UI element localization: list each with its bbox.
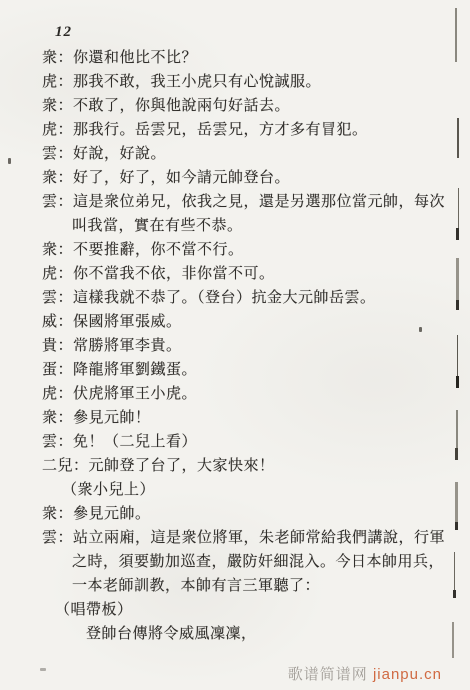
dialogue-continuation: 之時，須要勤加巡查，嚴防奸細混入。今日本帥用兵， [0, 550, 452, 574]
dialogue-text: 元帥登了台了，大家快來！ [89, 454, 275, 478]
dialogue-line: 蛋：降龍將軍劉鐵蛋。 [0, 358, 452, 382]
dialogue-text: 站立兩廂，這是衆位將軍，朱老師常給我們講說，行軍 [73, 526, 445, 550]
speaker-label: 虎： [42, 382, 73, 406]
page-number: 12 [55, 24, 72, 41]
dialogue-line: 衆：參見元帥！ [0, 406, 452, 430]
scan-artifact [458, 188, 459, 230]
dialogue-continuation: 一本老師訓教，本帥有言三軍聽了： [0, 574, 452, 598]
scan-artifact [452, 622, 454, 658]
stage-direction-text: （衆小兒上） [62, 478, 155, 502]
dialogue-text: 你還和他比不比？ [73, 46, 197, 70]
scan-speck [419, 327, 422, 332]
dialogue-text: 這是衆位弟兄，依我之見，還是另選那位當元帥，每次 [73, 190, 445, 214]
dialogue-line: 貴：常勝將軍李貴。 [0, 334, 452, 358]
dialogue-text: 不敢了，你與他說兩句好話去。 [73, 94, 290, 118]
scan-artifact [456, 300, 459, 310]
scan-artifact [455, 482, 458, 524]
dialogue-line: 虎：那我行。岳雲兄，岳雲兄，方才多有冒犯。 [0, 118, 452, 142]
speaker-label: 衆： [42, 238, 73, 262]
dialogue-line: 威：保國將軍張威。 [0, 310, 452, 334]
dialogue-line: 雲：好說，好說。 [0, 142, 452, 166]
dialogue-text: 免！（二兒上看） [73, 430, 197, 454]
scan-artifact [456, 376, 459, 388]
scan-artifact [456, 258, 459, 302]
dialogue-text: 叫我當，實在有些不恭。 [72, 214, 243, 238]
dialogue-line: 虎：伏虎將軍王小虎。 [0, 382, 452, 406]
watermark-site-url: jianpu.cn [373, 666, 442, 683]
speaker-label: 虎： [42, 70, 73, 94]
dialogue-text: 那我行。岳雲兄，岳雲兄，方才多有冒犯。 [73, 118, 368, 142]
scan-artifact [457, 335, 458, 377]
scan-speck [8, 158, 11, 164]
dialogue-line: 衆：不敢了，你與他說兩句好話去。 [0, 94, 452, 118]
scanned-script-page: 12 衆：你還和他比不比？ 虎：那我不敢，我王小虎只有心悅誠服。 衆：不敢了，你… [0, 0, 470, 690]
speaker-label: 虎： [42, 118, 73, 142]
dialogue-line: 虎：你不當我不依，非你當不可。 [0, 262, 452, 286]
dialogue-line: 雲：站立兩廂，這是衆位將軍，朱老師常給我們講說，行軍 [0, 526, 452, 550]
dialogue-text: 這樣我就不恭了。（登台）抗金大元帥岳雲。 [73, 286, 376, 310]
watermark-site-name: 歌谱简谱网 [288, 666, 368, 683]
speaker-label: 雲： [42, 142, 73, 166]
dialogue-line: 衆：你還和他比不比？ [0, 46, 452, 70]
lyric-text: 登帥台傳將令威風凜凜， [86, 622, 257, 646]
speaker-label: 衆： [42, 166, 73, 190]
speaker-label: 衆： [42, 502, 73, 526]
speaker-label: 雲： [42, 526, 73, 550]
dialogue-line: 雲：這樣我就不恭了。（登台）抗金大元帥岳雲。 [0, 286, 452, 310]
scan-artifact [455, 448, 458, 460]
dialogue-text: 那我不敢，我王小虎只有心悅誠服。 [73, 70, 321, 94]
dialogue-text: 好了，好了，如今請元帥登台。 [73, 166, 290, 190]
scan-artifact [456, 410, 458, 450]
speaker-label: 二兒： [42, 454, 89, 478]
speaker-label: 衆： [42, 94, 73, 118]
dialogue-text: 降龍將軍劉鐵蛋。 [73, 358, 197, 382]
dialogue-text: 參見元帥！ [73, 406, 151, 430]
speaker-label: 雲： [42, 190, 73, 214]
dialogue-text: 你不當我不依，非你當不可。 [73, 262, 275, 286]
dialogue-line: 衆：不要推辭，你不當不行。 [0, 238, 452, 262]
dialogue-text: 參見元帥。 [73, 502, 151, 526]
speaker-label: 雲： [42, 286, 73, 310]
dialogue-text: 不要推辭，你不當不行。 [73, 238, 244, 262]
speaker-label: 蛋： [42, 358, 73, 382]
dialogue-text: 之時，須要勤加巡查，嚴防奸細混入。今日本帥用兵， [72, 550, 444, 574]
speaker-label: 衆： [42, 46, 73, 70]
speaker-label: 衆： [42, 406, 73, 430]
dialogue-text: 一本老師訓教，本帥有言三軍聽了： [72, 574, 320, 598]
scan-artifact [456, 228, 459, 240]
dialogue-text: 好說，好說。 [73, 142, 166, 166]
dialogue-line: 虎：那我不敢，我王小虎只有心悅誠服。 [0, 70, 452, 94]
speaker-label: 虎： [42, 262, 73, 286]
scan-artifact [457, 118, 459, 158]
scan-artifact [453, 590, 456, 598]
stage-direction: （唱帶板） [0, 598, 452, 622]
dialogue-line: 衆：參見元帥。 [0, 502, 452, 526]
scan-speck [40, 668, 46, 671]
script-body: 衆：你還和他比不比？ 虎：那我不敢，我王小虎只有心悅誠服。 衆：不敢了，你與他說… [0, 46, 452, 646]
dialogue-line: 衆：好了，好了，如今請元帥登台。 [0, 166, 452, 190]
dialogue-line: 二兒：元帥登了台了，大家快來！ [0, 454, 452, 478]
dialogue-line: 雲：免！（二兒上看） [0, 430, 452, 454]
speaker-label: 威： [42, 310, 73, 334]
stage-direction-text: （唱帶板） [55, 598, 133, 622]
lyric-line: 登帥台傳將令威風凜凜， [0, 622, 452, 646]
dialogue-continuation: 叫我當，實在有些不恭。 [0, 214, 452, 238]
dialogue-line: 雲：這是衆位弟兄，依我之見，還是另選那位當元帥，每次 [0, 190, 452, 214]
scan-artifact [455, 522, 458, 530]
scan-artifact [455, 8, 457, 62]
dialogue-text: 常勝將軍李貴。 [73, 334, 182, 358]
watermark: 歌谱简谱网 jianpu.cn [288, 663, 442, 684]
speaker-label: 貴： [42, 334, 73, 358]
dialogue-text: 伏虎將軍王小虎。 [73, 382, 197, 406]
scan-artifact [454, 552, 455, 592]
speaker-label: 雲： [42, 430, 73, 454]
stage-direction: （衆小兒上） [0, 478, 452, 502]
dialogue-text: 保國將軍張威。 [73, 310, 182, 334]
